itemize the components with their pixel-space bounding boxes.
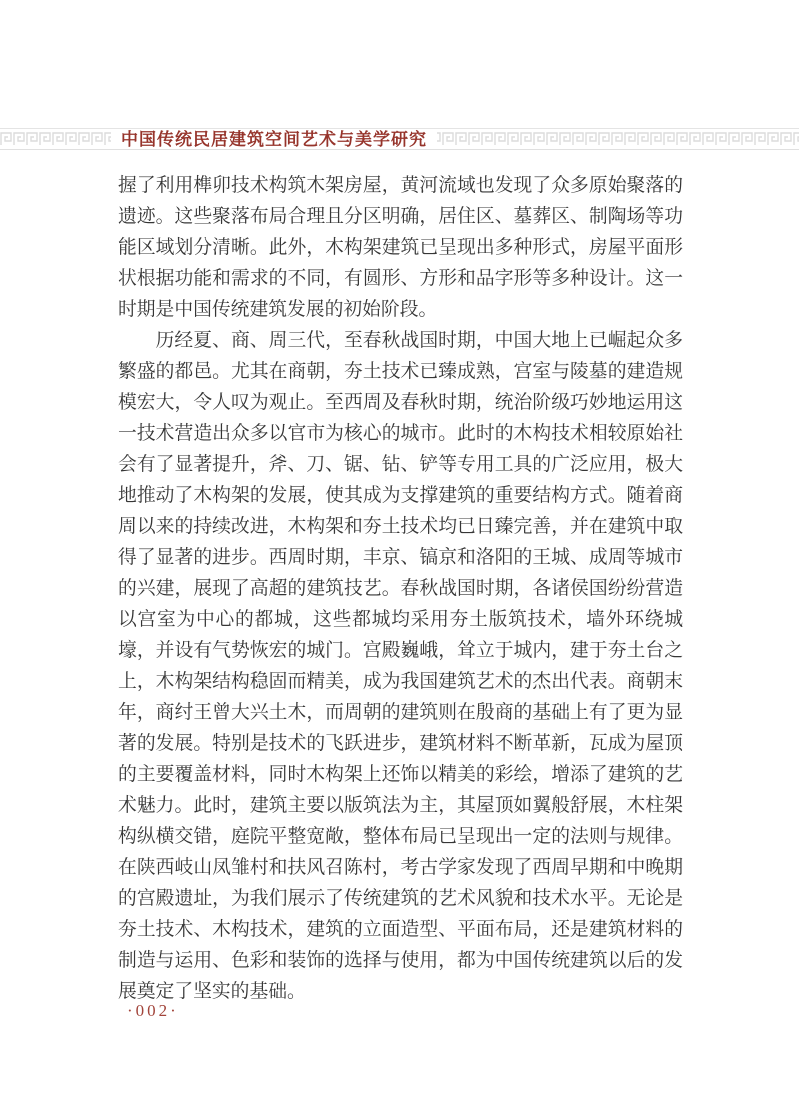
paragraph-second: 历经夏、商、周三代，至春秋战国时期，中国大地上已崛起众多繁盛的都邑。尤其在商朝，…: [118, 325, 683, 1007]
running-head-band: 中国传统民居建筑空间艺术与美学研究: [0, 128, 799, 150]
running-title-box: 中国传统民居建筑空间艺术与美学研究: [111, 129, 437, 149]
running-title: 中国传统民居建筑空间艺术与美学研究: [121, 131, 427, 148]
book-page: 中国传统民居建筑空间艺术与美学研究 握了利用榫卯技术构筑木架房屋，黄河流域也发现…: [0, 0, 799, 1118]
paragraph-continuation: 握了利用榫卯技术构筑木架房屋，黄河流域也发现了众多原始聚落的遗迹。这些聚落布局合…: [118, 170, 683, 325]
body-text: 握了利用榫卯技术构筑木架房屋，黄河流域也发现了众多原始聚落的遗迹。这些聚落布局合…: [118, 170, 683, 1007]
page-number: ·002·: [127, 1002, 179, 1020]
